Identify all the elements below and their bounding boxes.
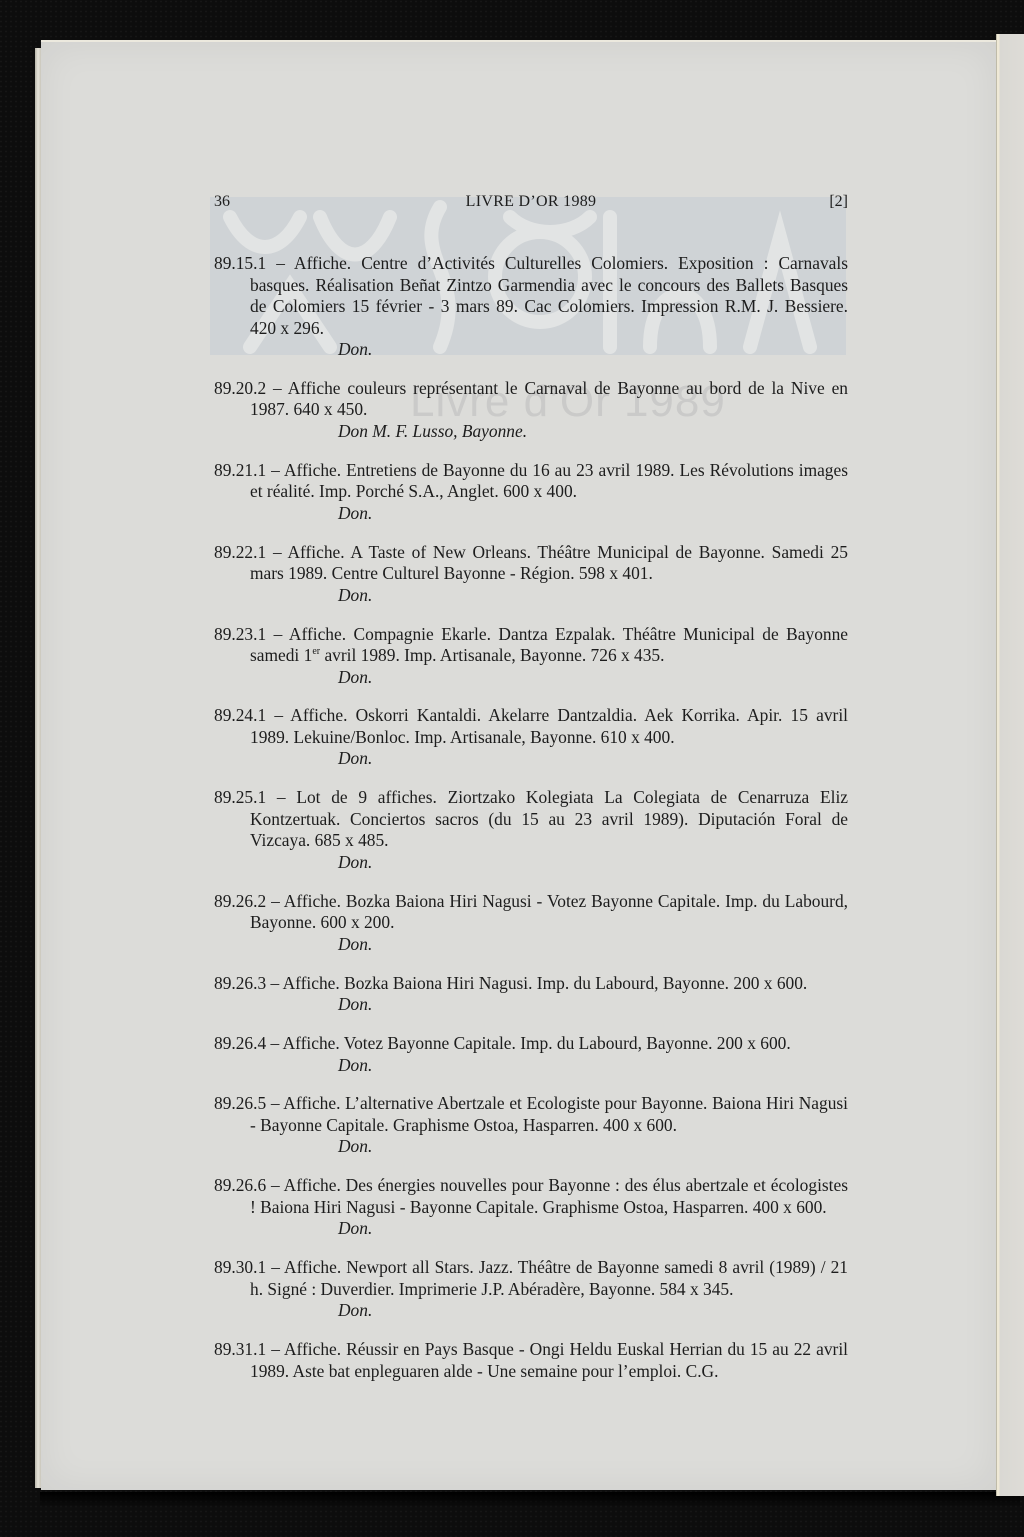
entry-donor: Don. bbox=[250, 339, 848, 361]
entry-separator: – bbox=[266, 787, 296, 807]
entry-number: 89.26.6 bbox=[214, 1175, 266, 1195]
entry-description-cont: avril 1989. Imp. Artisanale, Bayonne. 72… bbox=[320, 645, 664, 665]
entry-donor: Don. bbox=[250, 934, 848, 956]
entry-description: Affiche. Entretiens de Bayonne du 16 au … bbox=[250, 460, 848, 502]
section-marker: [2] bbox=[829, 193, 848, 211]
catalog-entry: 89.26.2 – Affiche. Bozka Baiona Hiri Nag… bbox=[214, 891, 848, 956]
entry-donor: Don. bbox=[250, 503, 848, 525]
entry-number: 89.15.1 bbox=[214, 253, 266, 273]
entry-separator: – bbox=[266, 891, 284, 911]
entry-separator: – bbox=[266, 1175, 283, 1195]
entry-number: 89.24.1 bbox=[214, 705, 266, 725]
entry-donor: Don. bbox=[250, 1055, 848, 1077]
entry-donor: Don. bbox=[250, 667, 848, 689]
catalog-entry: 89.15.1 – Affiche. Centre d’Activités Cu… bbox=[214, 253, 848, 361]
entry-donor: Don. bbox=[250, 1300, 848, 1322]
entry-number: 89.26.2 bbox=[214, 891, 266, 911]
entry-number: 89.20.2 bbox=[214, 378, 266, 398]
entry-separator: – bbox=[266, 378, 288, 398]
entry-number: 89.26.4 bbox=[214, 1033, 266, 1053]
entry-donor: Don. bbox=[250, 585, 848, 607]
entry-separator: – bbox=[266, 1093, 283, 1113]
entry-description: Affiche couleurs représentant le Carnava… bbox=[250, 378, 848, 420]
catalog-entry: 89.25.1 – Lot de 9 affiches. Ziortzako K… bbox=[214, 787, 848, 873]
catalog-entry: 89.30.1 – Affiche. Newport all Stars. Ja… bbox=[214, 1257, 848, 1322]
entry-separator: – bbox=[266, 460, 284, 480]
catalog-entry: 89.20.2 – Affiche couleurs représentant … bbox=[214, 378, 848, 443]
entry-separator: – bbox=[266, 253, 294, 273]
entry-separator: – bbox=[266, 1033, 282, 1053]
entry-number: 89.31.1 bbox=[214, 1339, 266, 1359]
entry-donor: Don M. F. Lusso, Bayonne. bbox=[250, 421, 848, 443]
entry-number: 89.26.5 bbox=[214, 1093, 266, 1113]
facing-page-edge bbox=[996, 34, 1024, 1496]
entry-separator: – bbox=[266, 542, 287, 562]
ordinal-superscript: er bbox=[312, 646, 320, 657]
entry-description: Affiche. Votez Bayonne Capitale. Imp. du… bbox=[283, 1033, 791, 1053]
entry-description: Affiche. Des énergies nouvelles pour Bay… bbox=[250, 1175, 848, 1217]
running-header: 36 LIVRE D’OR 1989 [2] bbox=[214, 193, 848, 223]
entry-donor: Don. bbox=[250, 994, 848, 1016]
entry-number: 89.30.1 bbox=[214, 1257, 266, 1277]
entry-description: Affiche. L’alternative Abertzale et Ecol… bbox=[250, 1093, 848, 1135]
entry-description: Affiche. Bozka Baiona Hiri Nagusi - Vote… bbox=[250, 891, 848, 933]
entry-donor: Don. bbox=[250, 1218, 848, 1240]
entry-description: Lot de 9 affiches. Ziortzako Kolegiata L… bbox=[250, 787, 848, 850]
entry-description: Affiche. Réussir en Pays Basque - Ongi H… bbox=[250, 1339, 848, 1381]
page-content: 36 LIVRE D’OR 1989 [2] 89.15.1 – Affiche… bbox=[214, 193, 848, 1388]
catalog-entry: 89.23.1 – Affiche. Compagnie Ekarle. Dan… bbox=[214, 624, 848, 689]
entry-separator: – bbox=[266, 1257, 284, 1277]
running-title: LIVRE D’OR 1989 bbox=[214, 193, 848, 211]
catalog-entry: 89.22.1 – Affiche. A Taste of New Orlean… bbox=[214, 542, 848, 607]
entry-number: 89.26.3 bbox=[214, 973, 266, 993]
entry-separator: – bbox=[266, 705, 290, 725]
catalog-entry: 89.24.1 – Affiche. Oskorri Kantaldi. Ake… bbox=[214, 705, 848, 770]
entry-separator: – bbox=[266, 973, 282, 993]
entry-number: 89.23.1 bbox=[214, 624, 266, 644]
catalog-entry: 89.31.1 – Affiche. Réussir en Pays Basqu… bbox=[214, 1339, 848, 1382]
catalog-entry: 89.26.3 – Affiche. Bozka Baiona Hiri Nag… bbox=[214, 973, 848, 1016]
catalog-entry: 89.26.5 – Affiche. L’alternative Abertza… bbox=[214, 1093, 848, 1158]
entry-description: Affiche. Newport all Stars. Jazz. Théâtr… bbox=[250, 1257, 848, 1299]
entry-number: 89.22.1 bbox=[214, 542, 266, 562]
catalog-entry: 89.26.6 – Affiche. Des énergies nouvelle… bbox=[214, 1175, 848, 1240]
entry-description: Affiche. A Taste of New Orleans. Théâtre… bbox=[250, 542, 848, 584]
page-shadow bbox=[40, 1492, 1020, 1508]
catalog-entries: 89.15.1 – Affiche. Centre d’Activités Cu… bbox=[214, 253, 848, 1382]
entry-description: Affiche. Bozka Baiona Hiri Nagusi. Imp. … bbox=[283, 973, 808, 993]
entry-number: 89.21.1 bbox=[214, 460, 266, 480]
entry-donor: Don. bbox=[250, 1136, 848, 1158]
entry-description: Affiche. Centre d’Activités Culturelles … bbox=[250, 253, 848, 338]
entry-separator: – bbox=[266, 624, 289, 644]
catalog-entry: 89.21.1 – Affiche. Entretiens de Bayonne… bbox=[214, 460, 848, 525]
entry-donor: Don. bbox=[250, 852, 848, 874]
entry-number: 89.25.1 bbox=[214, 787, 266, 807]
catalog-entry: 89.26.4 – Affiche. Votez Bayonne Capital… bbox=[214, 1033, 848, 1076]
entry-separator: – bbox=[266, 1339, 284, 1359]
entry-donor: Don. bbox=[250, 748, 848, 770]
entry-description: Affiche. Oskorri Kantaldi. Akelarre Dant… bbox=[250, 705, 848, 747]
